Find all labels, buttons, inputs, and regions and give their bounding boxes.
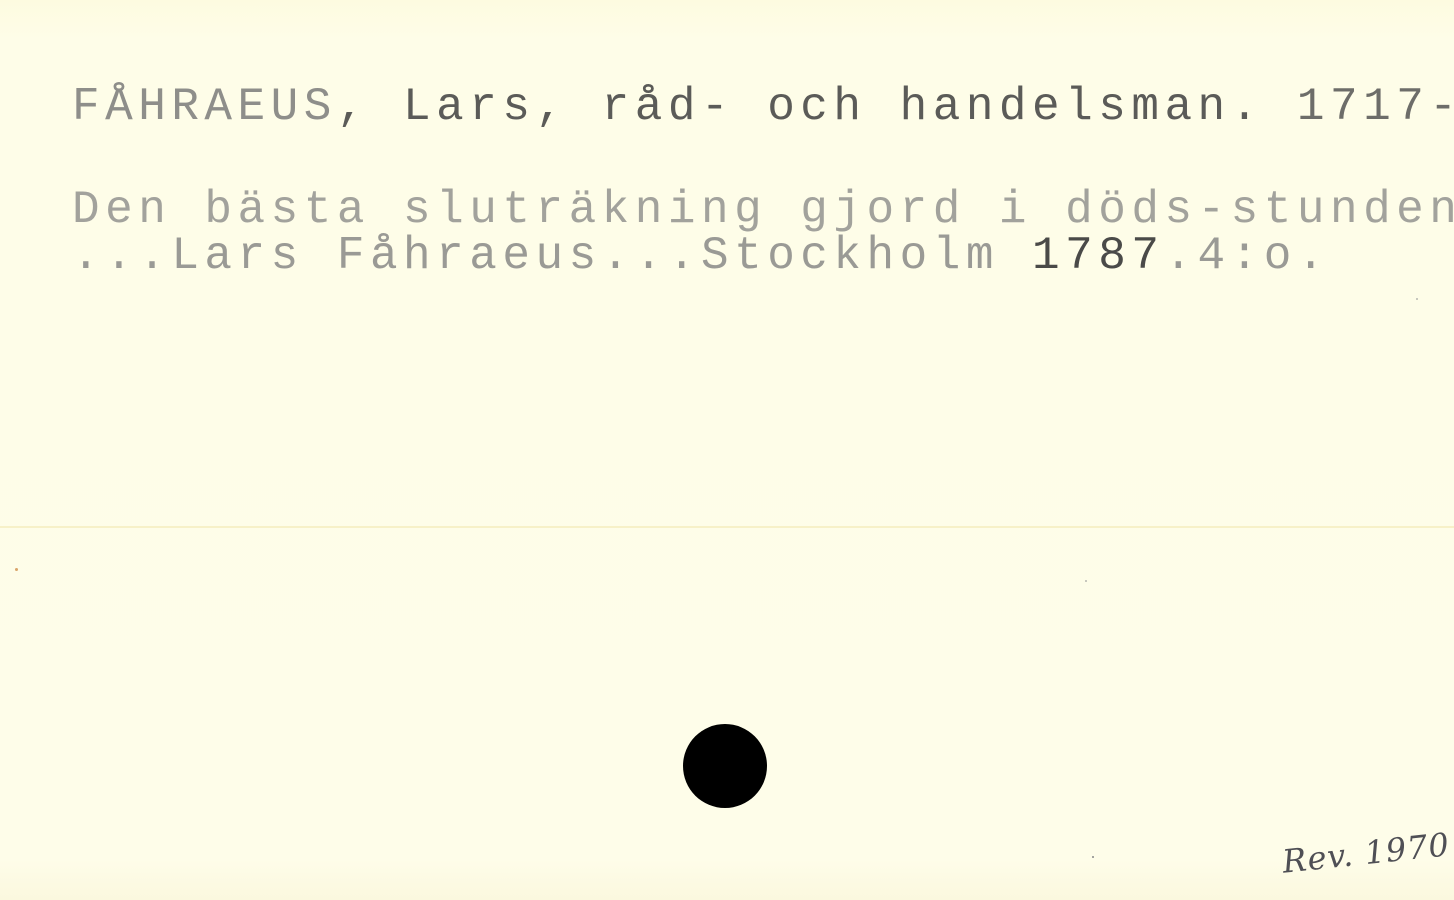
author-dates: 1717-1786	[1297, 81, 1454, 133]
title-line-2: ...Lars Fåhraeus...Stockholm 1787.4:o.	[72, 233, 1330, 279]
paper-speck	[1085, 580, 1087, 582]
author-description: , Lars, råd- och handelsman.	[337, 81, 1297, 133]
title-line-2-text: ...Lars Fåhraeus...Stockholm	[72, 230, 1032, 282]
card-heading: FÅHRAEUS, Lars, råd- och handelsman. 171…	[72, 84, 1454, 130]
paper-speck	[1092, 856, 1094, 858]
title-line-1: Den bästa sluträkning gjord i döds-stund…	[72, 187, 1454, 233]
author-surname: FÅHRAEUS	[72, 81, 337, 133]
card-crease	[0, 526, 1454, 528]
punch-hole	[683, 724, 767, 808]
format-note: .4:o.	[1164, 230, 1330, 282]
revision-note: Rev. 1970	[1280, 825, 1451, 880]
paper-speck	[15, 568, 18, 571]
imprint-year: 1787	[1032, 230, 1164, 282]
catalog-card: FÅHRAEUS, Lars, råd- och handelsman. 171…	[0, 0, 1454, 900]
paper-speck	[1416, 298, 1418, 300]
